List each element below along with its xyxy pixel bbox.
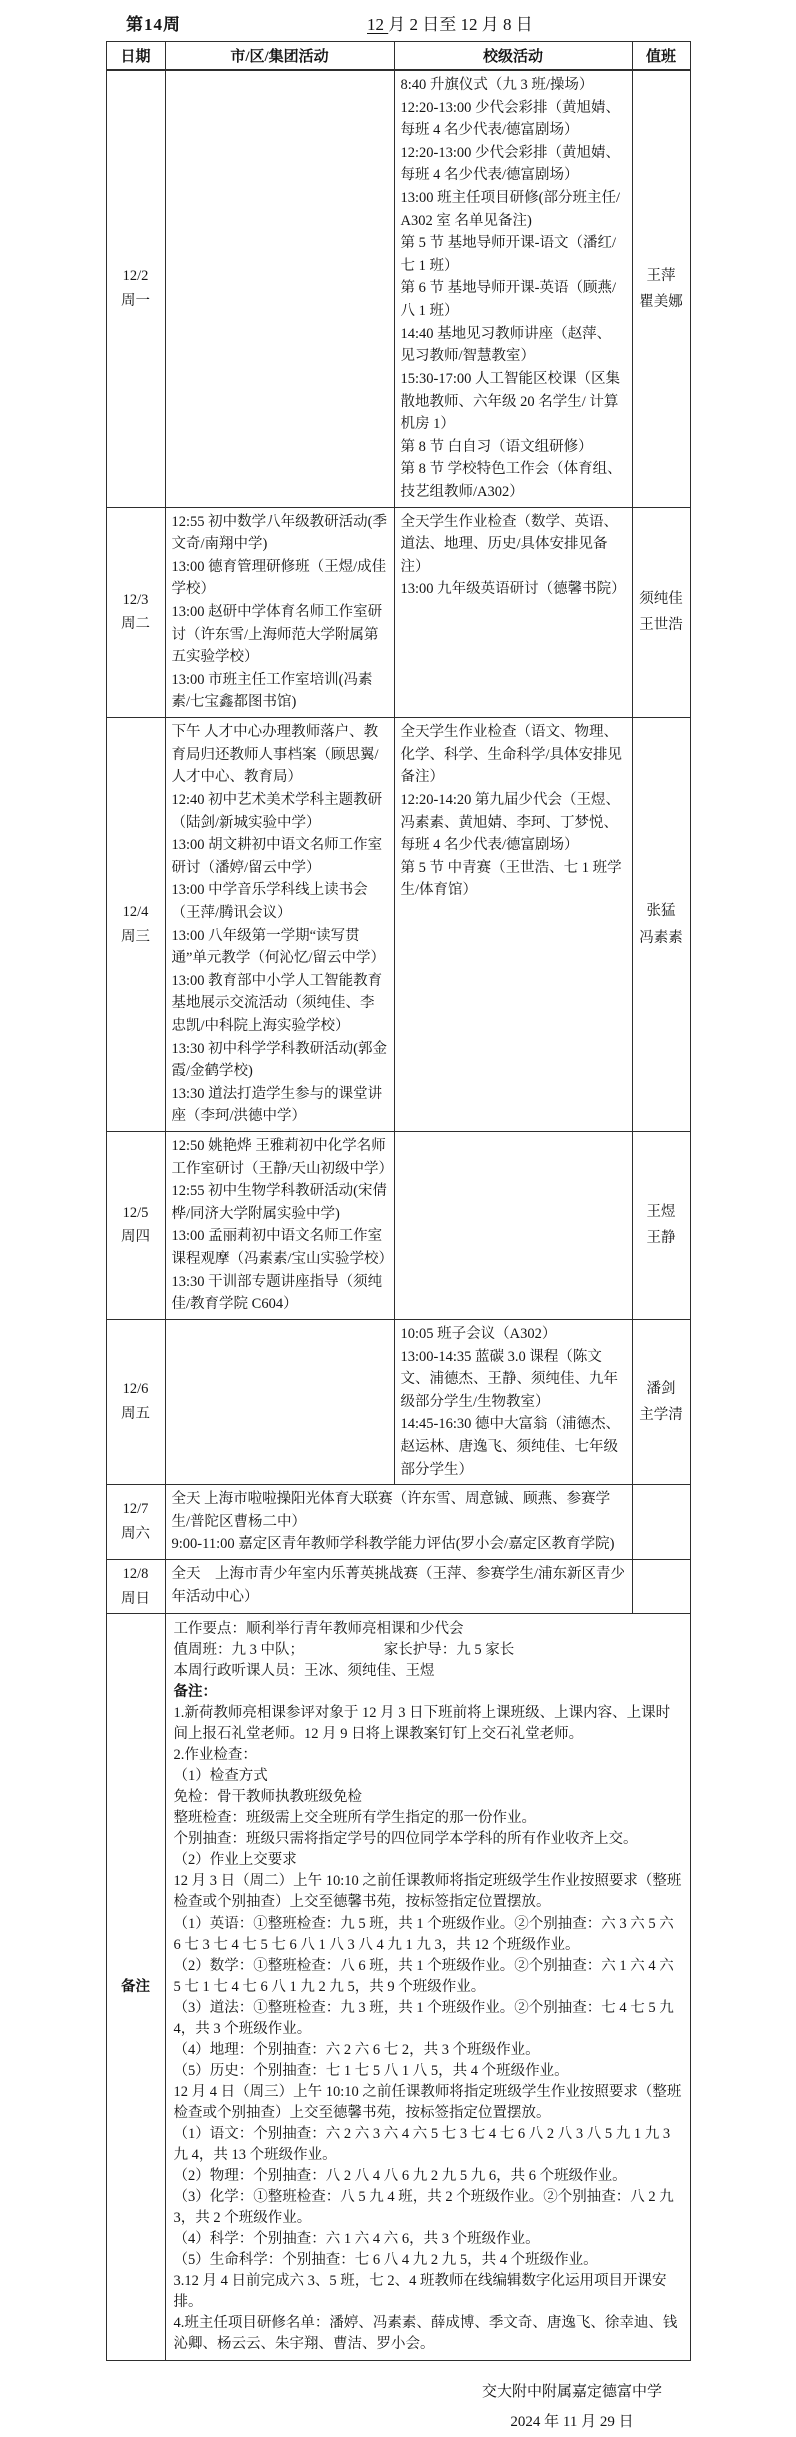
- activity-item: 12:20-14:20 第九届少代会（王煜、冯素素、黄旭婧、李珂、丁梦悦、每班 …: [401, 789, 626, 857]
- schedule-table-body: 12/2周一8:40 升旗仪式（九 3 班/操场）12:20-13:00 少代会…: [106, 70, 690, 2360]
- footer-signature: 交大附中附属嘉定德富中学 2024 年 11 月 29 日: [482, 2377, 662, 2437]
- activity-item: 13:00 中学音乐学科线上读书会（王萍/腾讯会议）: [172, 879, 388, 924]
- notes-line: （1）英语：①整班检查：九 5 班，共 1 个班级作业。②个别抽查：六 3 六 …: [174, 1914, 682, 1956]
- district-activities-cell: 下午 人才中心办理教师落户、教育局归还教师人事档案（顾思翼/人才中心、教育局）1…: [165, 718, 394, 1132]
- duty-name: 王静: [634, 1225, 689, 1251]
- notes-line: 个别抽查：班级只需将指定学号的四位同学本学科的所有作业收齐上交。: [174, 1829, 682, 1850]
- table-row-12-8: 12/8周日全天 上海市青少年室内乐菁英挑战赛（王萍、参赛学生/浦东新区青少年活…: [106, 1560, 690, 1614]
- notes-line: （5）历史：个别抽查：七 1 七 5 八 1 八 5，共 4 个班级作业。: [174, 2061, 682, 2082]
- footer-date: 2024 年 11 月 29 日: [482, 2407, 662, 2437]
- duty-cell: 潘剑主学清: [632, 1319, 690, 1484]
- notes-line: 3.12 月 4 日前完成六 3、5 班，七 2、4 班教师在线编辑数字化运用项…: [174, 2271, 682, 2313]
- activity-item: 12:50 姚艳烨 王雅莉初中化学名师工作室研讨（王静/天山初级中学）: [172, 1135, 388, 1180]
- notes-line: 本周行政听课人员：王冰、须纯佳、王煜: [174, 1661, 682, 1682]
- activity-item: 8:40 升旗仪式（九 3 班/操场）: [401, 74, 626, 97]
- activity-item: 全天学生作业检查（语文、物理、化学、科学、生命科学/具体安排见备注）: [401, 721, 626, 789]
- duty-name: 王萍: [634, 263, 689, 289]
- notes-line: 12 月 4 日（周三）上午 10:10 之前任课教师将指定班级学生作业按照要求…: [174, 2082, 682, 2124]
- notes-line: 1.新荷教师亮相课参评对象于 12 月 3 日下班前将上课班级、上课内容、上课时…: [174, 1703, 682, 1745]
- table-row-12-4: 12/4周三下午 人才中心办理教师落户、教育局归还教师人事档案（顾思翼/人才中心…: [106, 718, 690, 1132]
- weekday-label: 周一: [108, 289, 164, 314]
- school-activities-cell: 8:40 升旗仪式（九 3 班/操场）12:20-13:00 少代会彩排（黄旭婧…: [394, 70, 632, 507]
- notes-content-cell: 工作要点：顺利举行青年教师亮相课和少代会值周班：九 3 中队； 家长护导：九 5…: [165, 1614, 690, 2361]
- activity-item: 12:55 初中生物学科教研活动(宋倩桦/同济大学附属实验中学): [172, 1180, 388, 1225]
- date-range-rest: 月 2 日至 12 月 8 日: [388, 15, 533, 34]
- activity-item: 13:00 九年级英语研讨（德馨书院）: [401, 578, 626, 601]
- date-cell: 12/7周六: [106, 1485, 165, 1560]
- activity-item: 13:00 孟丽莉初中语文名师工作室课程观摩（冯素素/宝山实验学校）: [172, 1225, 388, 1270]
- date-label: 12/2: [108, 264, 164, 289]
- document-header: 第14周 12 月 2 日至 12 月 8 日: [106, 10, 690, 35]
- weekday-label: 周四: [108, 1225, 164, 1250]
- duty-name: 主学清: [634, 1402, 689, 1428]
- date-cell: 12/6周五: [106, 1319, 165, 1484]
- weekday-label: 周三: [108, 925, 164, 950]
- notes-line: （3）道法：①整班检查：九 3 班，共 1 个班级作业。②个别抽查：七 4 七 …: [174, 1998, 682, 2040]
- activity-item: 9:00-11:00 嘉定区青年教师学科教学能力评估(罗小会/嘉定区教育学院): [172, 1533, 626, 1556]
- notes-label-cell: 备注: [106, 1614, 165, 2361]
- notes-line: （5）生命科学：个别抽查：七 6 八 4 九 2 九 5，共 4 个班级作业。: [174, 2250, 682, 2271]
- district-activities-cell: [165, 70, 394, 507]
- activity-item: 13:00 市班主任工作室培训(冯素素/七宝鑫都图书馆): [172, 669, 388, 714]
- duty-cell: 张猛冯素素: [632, 718, 690, 1132]
- notes-line: （2）作业上交要求: [174, 1850, 682, 1871]
- activity-item: 10:05 班子会议（A302）: [401, 1323, 626, 1346]
- school-activities-cell: [394, 1132, 632, 1320]
- activity-item: 15:30-17:00 人工智能区校课（区集散地教师、六年级 20 名学生/ 计…: [401, 368, 626, 436]
- schedule-table: 日期 市/区/集团活动 校级活动 值班 12/2周一8:40 升旗仪式（九 3 …: [106, 41, 691, 2361]
- notes-line: （2）物理：个别抽查：八 2 八 4 八 6 九 2 九 5 九 6，共 6 个…: [174, 2166, 682, 2187]
- table-row-12-3: 12/3周二12:55 初中数学八年级教研活动(季文奇/南翔中学)13:00 德…: [106, 507, 690, 717]
- notes-line: （1）检查方式: [174, 1766, 682, 1787]
- date-cell: 12/4周三: [106, 718, 165, 1132]
- notes-line: 12 月 3 日（周二）上午 10:10 之前任课教师将指定班级学生作业按照要求…: [174, 1871, 682, 1913]
- date-label: 12/6: [108, 1377, 164, 1402]
- notes-line: 值周班：九 3 中队； 家长护导：九 5 家长: [174, 1640, 682, 1661]
- date-label: 12/8: [108, 1562, 164, 1587]
- activity-item: 第 8 节 学校特色工作会（体育组、技艺组教师/A302）: [401, 458, 626, 503]
- col-header-school-activities: 校级活动: [394, 42, 632, 71]
- duty-cell: 须纯佳王世浩: [632, 507, 690, 717]
- notes-line: （4）地理：个别抽查：六 2 六 6 七 2，共 3 个班级作业。: [174, 2040, 682, 2061]
- weekday-label: 周五: [108, 1402, 164, 1427]
- duty-name: 冯素素: [634, 925, 689, 951]
- activity-item: 12:20-13:00 少代会彩排（黄旭婧、每班 4 名少代表/德富剧场）: [401, 142, 626, 187]
- notes-line: 工作要点：顺利举行青年教师亮相课和少代会: [174, 1619, 682, 1640]
- activity-item: 13:00 赵研中学体育名师工作室研讨（许东雪/上海师范大学附属第五实验学校）: [172, 601, 388, 669]
- activity-item: 14:45-16:30 德中大富翁（浦德杰、赵运林、唐逸飞、须纯佳、七年级部分学…: [401, 1413, 626, 1481]
- notes-line: 2.作业检查：: [174, 1745, 682, 1766]
- activity-item: 14:40 基地见习教师讲座（赵萍、见习教师/智慧教室）: [401, 323, 626, 368]
- activity-item: 第 6 节 基地导师开课-英语（顾燕/八 1 班）: [401, 277, 626, 322]
- duty-cell: 王煜王静: [632, 1132, 690, 1320]
- activity-item: 全天 上海市青少年室内乐菁英挑战赛（王萍、参赛学生/浦东新区青少年活动中心）: [172, 1563, 626, 1608]
- merged-activities-cell: 全天 上海市青少年室内乐菁英挑战赛（王萍、参赛学生/浦东新区青少年活动中心）: [165, 1560, 632, 1614]
- duty-name: 张猛: [634, 898, 689, 924]
- col-header-duty: 值班: [632, 42, 690, 71]
- activity-item: 12:20-13:00 少代会彩排（黄旭婧、每班 4 名少代表/德富剧场）: [401, 97, 626, 142]
- date-range-underlined: 12: [367, 15, 388, 34]
- duty-cell: [632, 1560, 690, 1614]
- header-row: 日期 市/区/集团活动 校级活动 值班: [106, 42, 690, 71]
- district-activities-cell: [165, 1319, 394, 1484]
- date-label: 12/4: [108, 900, 164, 925]
- week-label: 第14周: [126, 10, 181, 35]
- activity-item: 13:30 道法打造学生参与的课堂讲座（李珂/洪德中学）: [172, 1083, 388, 1128]
- activity-item: 13:00 八年级第一学期“读写贯通”单元教学（何沁忆/留云中学）: [172, 925, 388, 970]
- date-cell: 12/5周四: [106, 1132, 165, 1320]
- activity-item: 13:30 干训部专题讲座指导（须纯佳/教育学院 C604）: [172, 1271, 388, 1316]
- date-cell: 12/8周日: [106, 1560, 165, 1614]
- notes-line: （4）科学：个别抽查：六 1 六 4 六 6，共 3 个班级作业。: [174, 2229, 682, 2250]
- duty-cell: 王萍瞿美娜: [632, 70, 690, 507]
- activity-item: 12:40 初中艺术美术学科主题教研（陆剑/新城实验中学）: [172, 789, 388, 834]
- date-label: 12/7: [108, 1497, 164, 1522]
- notes-line: 整班检查：班级需上交全班所有学生指定的那一份作业。: [174, 1808, 682, 1829]
- notes-line: 免检：骨干教师执教班级免检: [174, 1787, 682, 1808]
- duty-cell: [632, 1485, 690, 1560]
- activity-item: 下午 人才中心办理教师落户、教育局归还教师人事档案（顾思翼/人才中心、教育局）: [172, 721, 388, 789]
- col-header-date: 日期: [106, 42, 165, 71]
- activity-item: 13:30 初中科学学科教研活动(郭金霞/金鹤学校): [172, 1038, 388, 1083]
- activity-item: 第 5 节 基地导师开课-语文（潘红/七 1 班）: [401, 232, 626, 277]
- col-header-district-activities: 市/区/集团活动: [165, 42, 394, 71]
- merged-activities-cell: 全天 上海市啦啦操阳光体育大联赛（许东雪、周意铖、顾燕、参赛学生/普陀区曹杨二中…: [165, 1485, 632, 1560]
- activity-item: 13:00 德育管理研修班（王煜/成佳学校）: [172, 556, 388, 601]
- table-row-12-5: 12/5周四12:50 姚艳烨 王雅莉初中化学名师工作室研讨（王静/天山初级中学…: [106, 1132, 690, 1320]
- activity-item: 13:00 教育部中小学人工智能教育基地展示交流活动（须纯佳、李忠凯/中科院上海…: [172, 970, 388, 1038]
- notes-line: 4.班主任项目研修名单：潘婷、冯素素、薛成博、季文奇、唐逸飞、徐幸迪、钱沁卿、杨…: [174, 2313, 682, 2355]
- date-label: 12/5: [108, 1201, 164, 1226]
- activity-item: 13:00 胡文耕初中语文名师工作室研讨（潘婷/留云中学）: [172, 834, 388, 879]
- duty-name: 瞿美娜: [634, 289, 689, 315]
- duty-name: 须纯佳: [634, 586, 689, 612]
- duty-name: 潘剑: [634, 1376, 689, 1402]
- date-cell: 12/3周二: [106, 507, 165, 717]
- notes-label: 备注: [108, 1975, 164, 2000]
- table-row-12-2: 12/2周一8:40 升旗仪式（九 3 班/操场）12:20-13:00 少代会…: [106, 70, 690, 507]
- activity-item: 12:55 初中数学八年级教研活动(季文奇/南翔中学): [172, 511, 388, 556]
- date-label: 12/3: [108, 588, 164, 613]
- date-range: 12 月 2 日至 12 月 8 日: [367, 10, 533, 35]
- weekday-label: 周日: [108, 1587, 164, 1612]
- district-activities-cell: 12:50 姚艳烨 王雅莉初中化学名师工作室研讨（王静/天山初级中学）12:55…: [165, 1132, 394, 1320]
- date-cell: 12/2周一: [106, 70, 165, 507]
- table-row-notes: 备注工作要点：顺利举行青年教师亮相课和少代会值周班：九 3 中队； 家长护导：九…: [106, 1614, 690, 2361]
- table-row-12-7: 12/7周六全天 上海市啦啦操阳光体育大联赛（许东雪、周意铖、顾燕、参赛学生/普…: [106, 1485, 690, 1560]
- activity-item: 全天学生作业检查（数学、英语、道法、地理、历史/具体安排见备注）: [401, 511, 626, 579]
- footer-school-name: 交大附中附属嘉定德富中学: [482, 2377, 662, 2407]
- notes-line: 备注：: [174, 1682, 682, 1703]
- duty-name: 王世浩: [634, 612, 689, 638]
- activity-item: 13:00 班主任项目研修(部分班主任/A302 室 名单见备注): [401, 187, 626, 232]
- district-activities-cell: 12:55 初中数学八年级教研活动(季文奇/南翔中学)13:00 德育管理研修班…: [165, 507, 394, 717]
- school-activities-cell: 全天学生作业检查（数学、英语、道法、地理、历史/具体安排见备注）13:00 九年…: [394, 507, 632, 717]
- school-activities-cell: 全天学生作业检查（语文、物理、化学、科学、生命科学/具体安排见备注）12:20-…: [394, 718, 632, 1132]
- activity-item: 全天 上海市啦啦操阳光体育大联赛（许东雪、周意铖、顾燕、参赛学生/普陀区曹杨二中…: [172, 1488, 626, 1533]
- school-activities-cell: 10:05 班子会议（A302）13:00-14:35 蓝碳 3.0 课程（陈文…: [394, 1319, 632, 1484]
- weekday-label: 周六: [108, 1522, 164, 1547]
- table-row-12-6: 12/6周五10:05 班子会议（A302）13:00-14:35 蓝碳 3.0…: [106, 1319, 690, 1484]
- weekday-label: 周二: [108, 612, 164, 637]
- document-footer: 交大附中附属嘉定德富中学 2024 年 11 月 29 日: [106, 2377, 690, 2437]
- duty-name: 王煜: [634, 1199, 689, 1225]
- notes-line: （2）数学：①整班检查：八 6 班，共 1 个班级作业。②个别抽查：六 1 六 …: [174, 1956, 682, 1998]
- activity-item: 13:00-14:35 蓝碳 3.0 课程（陈文文、浦德杰、王静、须纯佳、九年级…: [401, 1346, 626, 1414]
- notes-line: （3）化学：①整班检查：八 5 九 4 班，共 2 个班级作业。②个别抽查：八 …: [174, 2187, 682, 2229]
- notes-line: （1）语文：个别抽查：六 2 六 3 六 4 六 5 七 3 七 4 七 6 八…: [174, 2124, 682, 2166]
- document-page: 第14周 12 月 2 日至 12 月 8 日 日期 市/区/集团活动 校级活动…: [0, 0, 796, 2437]
- activity-item: 第 5 节 中青赛（王世浩、七 1 班学生/体育馆）: [401, 857, 626, 902]
- activity-item: 第 8 节 白自习（语文组研修）: [401, 436, 626, 459]
